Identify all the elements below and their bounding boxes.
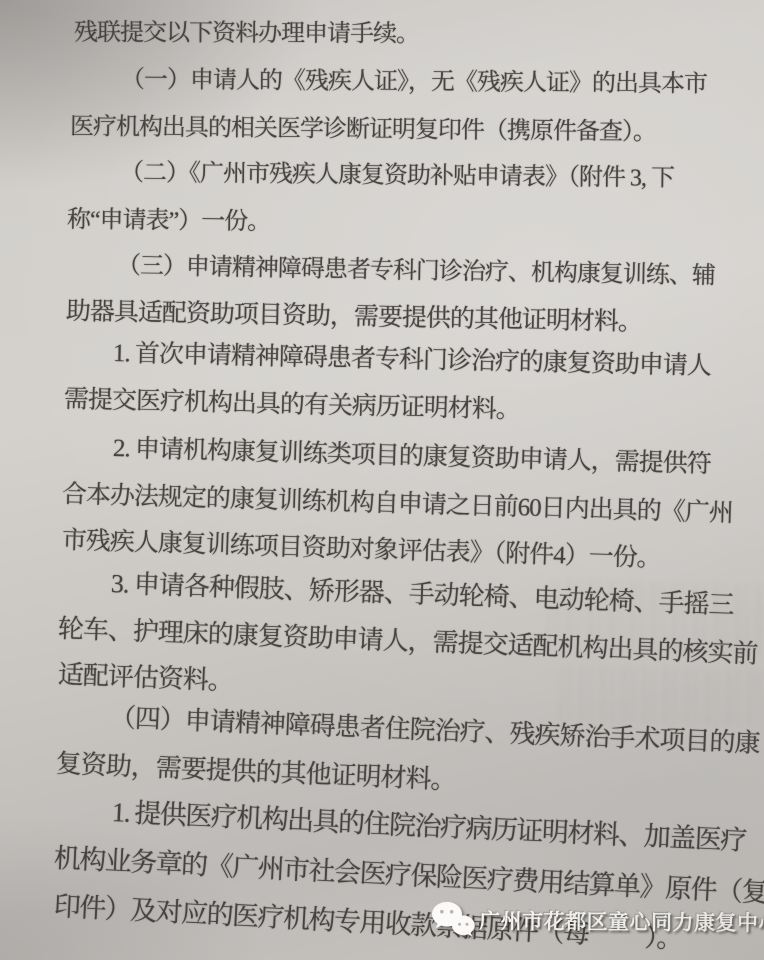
watermark-badge: 广州市花都区童心同力康复中心 — [430, 900, 764, 942]
document-text-line: （二）《广州市残疾人康复资助补贴申请表》（附件 3, 下 — [120, 152, 674, 193]
document-text-line: （三）申请精神障碍患者专科门诊治疗、机构康复训练、辅 — [117, 245, 716, 290]
obscured-text-gap — [588, 943, 644, 946]
document-text-line: 医疗机构出具的相关医学诊断证明复印件（携原件备查）。 — [70, 106, 656, 147]
document-text-line: 复资助，需要提供的其他证明材料。 — [55, 743, 456, 797]
wechat-icon — [430, 900, 476, 940]
document-text-line: 称“申请表”）一份。 — [67, 199, 271, 236]
document-text-line: （一）申请人的《残疾人证》，无《残疾人证》的出具本市 — [121, 59, 707, 99]
document-text-line: 残联提交以下资料办理申请手续。 — [74, 12, 419, 49]
document-text-line: 适配评估资料。 — [57, 654, 233, 697]
document-text-line: 1. 首次申请精神障碍患者专科门诊治疗的康复资助申请人 — [113, 333, 712, 382]
document-text-line: 2. 申请机构康复训练类项目的康复资助申请人，需提供符 — [113, 428, 712, 480]
document-text-line: 需提交医疗机构出具的有关病历证明材料。 — [64, 379, 521, 426]
watermark-label: 广州市花都区童心同力康复中心 — [479, 905, 764, 937]
scanned-document-page: 残联提交以下资料办理申请手续。 （一）申请人的《残疾人证》，无《残疾人证》的出具… — [0, 0, 764, 960]
document-text-line: 合本办法规定的康复训练机构自申请之日前60日内出具的《广州 — [61, 474, 733, 529]
document-text-line: 助器具适配资助项目资助，需要提供的其他证明材料。 — [66, 291, 643, 338]
